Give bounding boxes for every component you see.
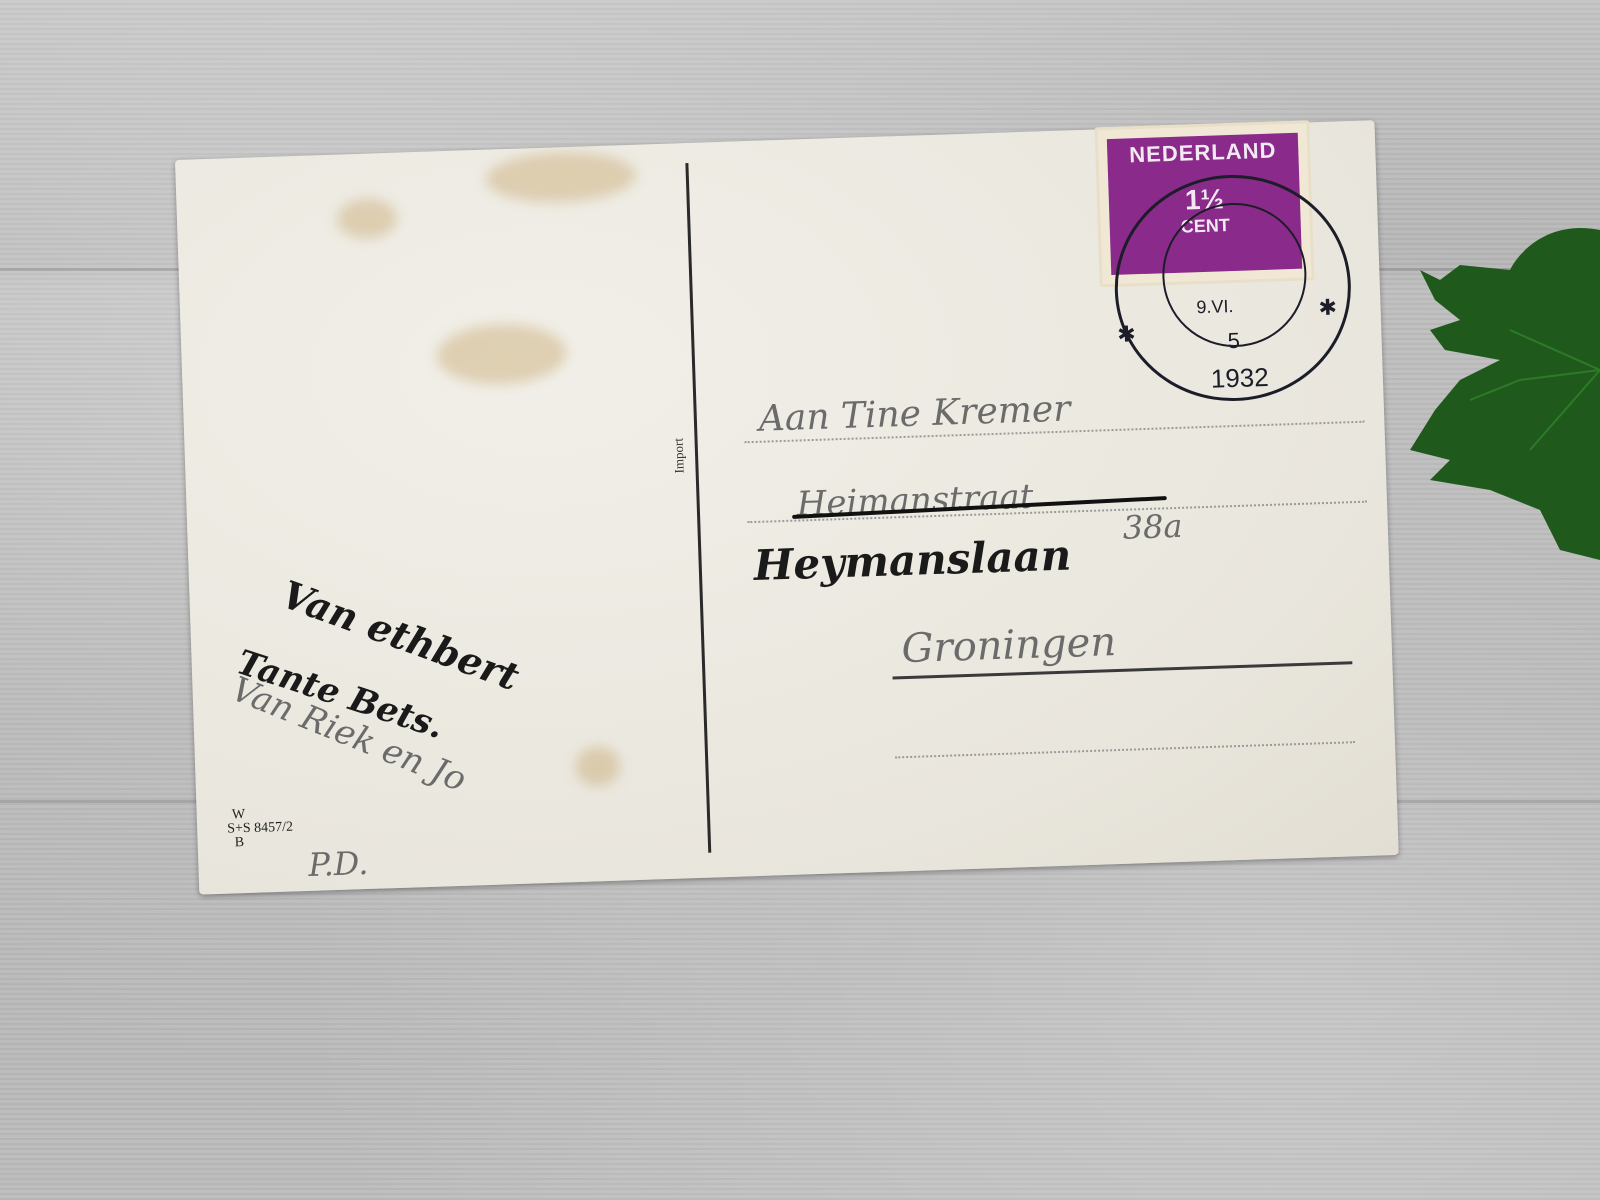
card-divider-line <box>685 163 711 853</box>
age-stain <box>485 150 637 205</box>
struck-street: Heimanstraat <box>796 477 1034 525</box>
age-stain <box>436 322 568 386</box>
postmark-star-icon: ✱ <box>1117 321 1136 348</box>
postmark-date: 9.VI. <box>1196 296 1234 318</box>
city: Groningen <box>901 619 1117 672</box>
postcard: Import Van ethbert Tante Bets. Van Riek … <box>175 120 1399 894</box>
leaf-icon <box>1400 210 1600 570</box>
age-stain <box>575 746 621 787</box>
publisher-number: 8457/2 <box>254 820 293 836</box>
postmark-star-icon: ✱ <box>1318 295 1337 322</box>
stamp-country: NEDERLAND <box>1107 137 1299 169</box>
publisher-mark-bottom: B <box>234 835 244 850</box>
import-label: Import <box>671 438 688 474</box>
postmark-year: 1932 <box>1210 362 1269 395</box>
postmark-hour: 5 <box>1227 328 1240 354</box>
publisher-mark: W S+S B 8457/2 <box>227 806 294 850</box>
message-initials: P.D. <box>308 844 369 884</box>
age-stain <box>336 198 397 240</box>
house-number: 38a <box>1122 507 1183 547</box>
street-address: Heymanslaan <box>753 531 1072 591</box>
address-line <box>895 741 1355 758</box>
